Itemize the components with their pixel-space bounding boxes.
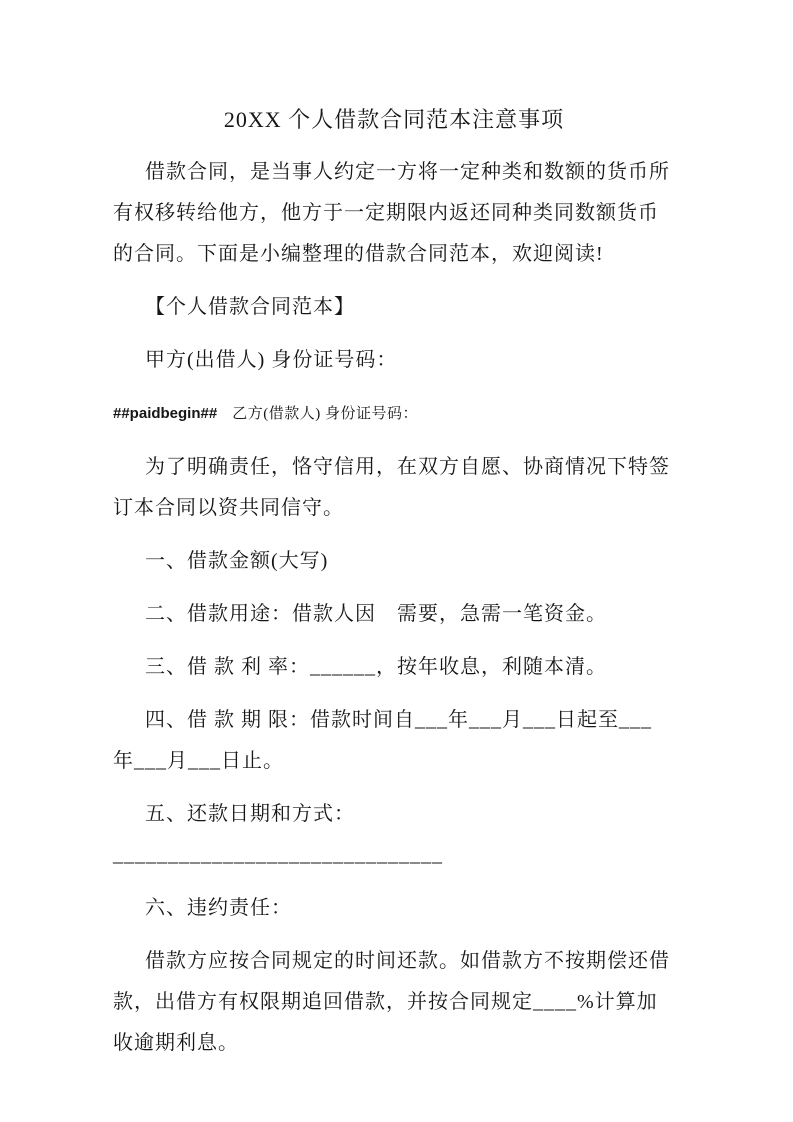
purpose-paragraph: 为了明确责任，恪守信用，在双方自愿、协商情况下特签 订本合同以资共同信守。 [113, 447, 675, 529]
purpose-line-1: 为了明确责任，恪守信用，在双方自愿、协商情况下特签 [113, 447, 675, 488]
liability-line-2: 款，出借方有权限期追回借款，并按合同规定____%计算加 [113, 982, 675, 1023]
liability-line-1: 借款方应按合同规定的时间还款。如借款方不按期偿还借 [113, 941, 675, 982]
repayment-line: 五、还款日期和方式： _____________________________… [113, 794, 675, 876]
template-section-heading: 【个人借款合同范本】 [113, 287, 675, 328]
purpose-line-2: 订本合同以资共同信守。 [113, 488, 675, 529]
loan-term-line-1: 四、借 款 期 限：借款时间自___年___月___日起至___ [113, 700, 675, 741]
paid-begin-row: ##paidbegin## 乙方(借款人) 身份证号码： [113, 393, 675, 435]
liability-line-3: 收逾期利息。 [113, 1023, 675, 1064]
document-title: 20XX 个人借款合同范本注意事项 [113, 99, 675, 140]
section-heading-text: 【个人借款合同范本】 [113, 287, 675, 328]
intro-line-2: 有权移转给他方，他方于一定期限内返还同种类同数额货币 [113, 193, 675, 234]
party-b-line: 乙方(借款人) 身份证号码： [232, 394, 418, 435]
loan-amount-line: 一、借款金额(大写) [113, 541, 675, 582]
interest-rate-line: 三、借 款 利 率：______，按年收息，利随本清。 [113, 647, 675, 688]
loan-amount-item: 一、借款金额(大写) [113, 541, 675, 582]
breach-item: 六、违约责任： [113, 888, 675, 929]
interest-rate-item: 三、借 款 利 率：______，按年收息，利随本清。 [113, 647, 675, 688]
intro-line-1: 借款合同，是当事人约定一方将一定种类和数额的货币所 [113, 152, 675, 193]
loan-use-item: 二、借款用途：借款人因 需要，急需一笔资金。 [113, 594, 675, 635]
intro-line-3: 的合同。下面是小编整理的借款合同范本，欢迎阅读! [113, 234, 675, 275]
repayment-item: 五、还款日期和方式： _____________________________… [113, 794, 675, 876]
party-a-paragraph: 甲方(出借人) 身份证号码： [113, 340, 675, 381]
loan-term-line-2: 年___月___日止。 [113, 741, 675, 782]
paid-begin-marker: ##paidbegin## [113, 393, 217, 434]
liability-paragraph: 借款方应按合同规定的时间还款。如借款方不按期偿还借 款，出借方有权限期追回借款，… [113, 941, 675, 1064]
loan-term-item: 四、借 款 期 限：借款时间自___年___月___日起至___ 年___月__… [113, 700, 675, 782]
party-a-line: 甲方(出借人) 身份证号码： [113, 340, 675, 381]
loan-use-line: 二、借款用途：借款人因 需要，急需一笔资金。 [113, 594, 675, 635]
breach-line: 六、违约责任： [113, 888, 675, 929]
document-page: 20XX 个人借款合同范本注意事项 借款合同，是当事人约定一方将一定种类和数额的… [0, 0, 793, 1122]
intro-paragraph: 借款合同，是当事人约定一方将一定种类和数额的货币所 有权移转给他方，他方于一定期… [113, 152, 675, 275]
